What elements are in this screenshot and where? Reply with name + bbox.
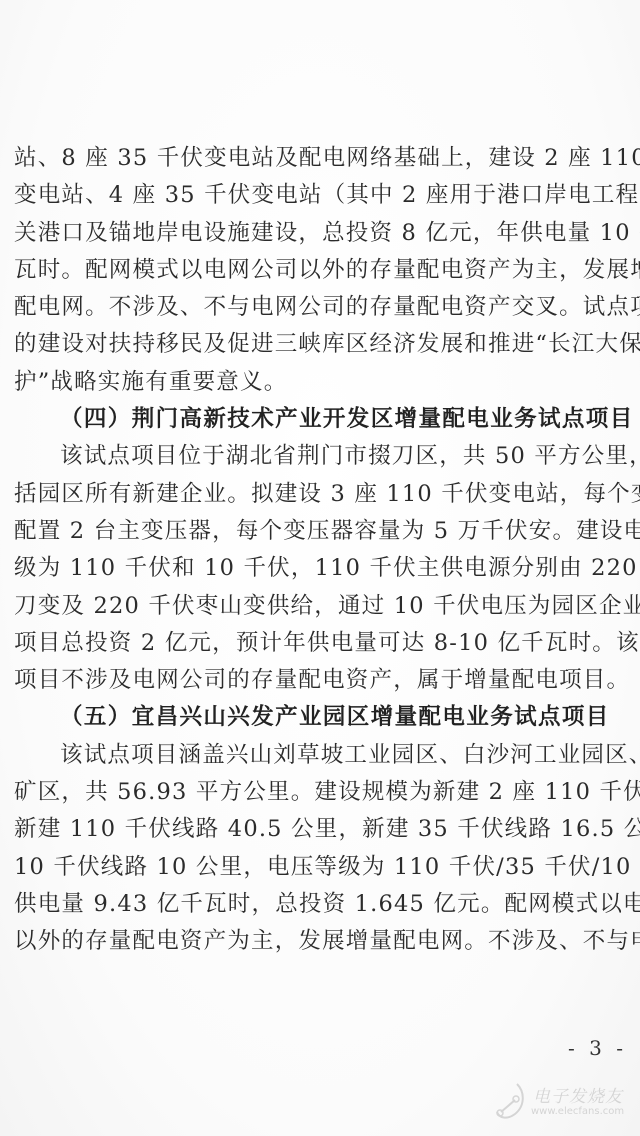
paragraph-line: 关港口及锚地岸电设施建设，总投资 8 亿元，年供电量 10 亿千 (14, 215, 626, 252)
paragraph-line: 变电站、4 座 35 千伏变电站（其中 2 座用于港口岸电工程）、相 (14, 177, 626, 214)
document-body: 站、8 座 35 千伏变电站及配电网络基础上，建设 2 座 110 千伏变电站、… (14, 140, 626, 961)
paragraph-line: 以外的存量配电资产为主，发展增量配电网。不涉及、不与电网 (14, 923, 626, 960)
paragraph-line: 项目不涉及电网公司的存量配电资产，属于增量配电项目。 (14, 662, 626, 699)
paragraph-line: 新建 110 千伏线路 40.5 公里，新建 35 千伏线路 16.5 公里，新… (14, 811, 626, 848)
paragraph-line: 的建设对扶持移民及促进三峡库区经济发展和推进“长江大保 (14, 326, 626, 363)
paragraph-line: 刀变及 220 千伏枣山变供给，通过 10 千伏电压为园区企业供电。 (14, 588, 626, 625)
paragraph-line: 10 千伏线路 10 公里，电压等级为 110 千伏/35 千伏/10 千伏，年 (14, 849, 626, 886)
paragraph-line: 该试点项目位于湖北省荆门市掇刀区，共 50 平方公里，包 (14, 438, 626, 475)
page-number: - 3 - (568, 1036, 627, 1060)
paragraph-line: 括园区所有新建企业。拟建设 3 座 110 千伏变电站，每个变电站 (14, 476, 626, 513)
watermark-url: www.elecfans.com (531, 1106, 624, 1117)
paragraph-line: 级为 110 千伏和 10 千伏，110 千伏主供电源分别由 220 千伏掇 (14, 550, 626, 587)
watermark-name: 电子发烧友 (533, 1082, 623, 1107)
paragraph-line: 该试点项目涵盖兴山刘草坡工业园区、白沙河工业园区、磷 (14, 737, 626, 774)
paragraph-line: 站、8 座 35 千伏变电站及配电网络基础上，建设 2 座 110 千伏 (14, 140, 626, 177)
paragraph-line: 矿区，共 56.93 平方公里。建设规模为新建 2 座 110 千伏变电站， (14, 774, 626, 811)
elecfans-logo-icon (495, 1082, 529, 1122)
elecfans-watermark: 电子发烧友 www.elecfans.com (495, 1080, 635, 1130)
section-heading: （四）荆门高新技术产业开发区增量配电业务试点项目 (14, 401, 626, 438)
paragraph-line: 护”战略实施有重要意义。 (14, 364, 626, 401)
paragraph-line: 瓦时。配网模式以电网公司以外的存量配电资产为主，发展增量 (14, 252, 626, 289)
section-heading: （五）宜昌兴山兴发产业园区增量配电业务试点项目 (14, 699, 626, 736)
paragraph-line: 项目总投资 2 亿元，预计年供电量可达 8-10 亿千瓦时。该试点 (14, 625, 626, 662)
document-page: 站、8 座 35 千伏变电站及配电网络基础上，建设 2 座 110 千伏变电站、… (0, 0, 640, 1136)
paragraph-line: 供电量 9.43 亿千瓦时，总投资 1.645 亿元。配网模式以电网公司 (14, 886, 626, 923)
paragraph-line: 配置 2 台主变压器，每个变压器容量为 5 万千伏安。建设电压等 (14, 513, 626, 550)
paragraph-line: 配电网。不涉及、不与电网公司的存量配电资产交叉。试点项目 (14, 289, 626, 326)
